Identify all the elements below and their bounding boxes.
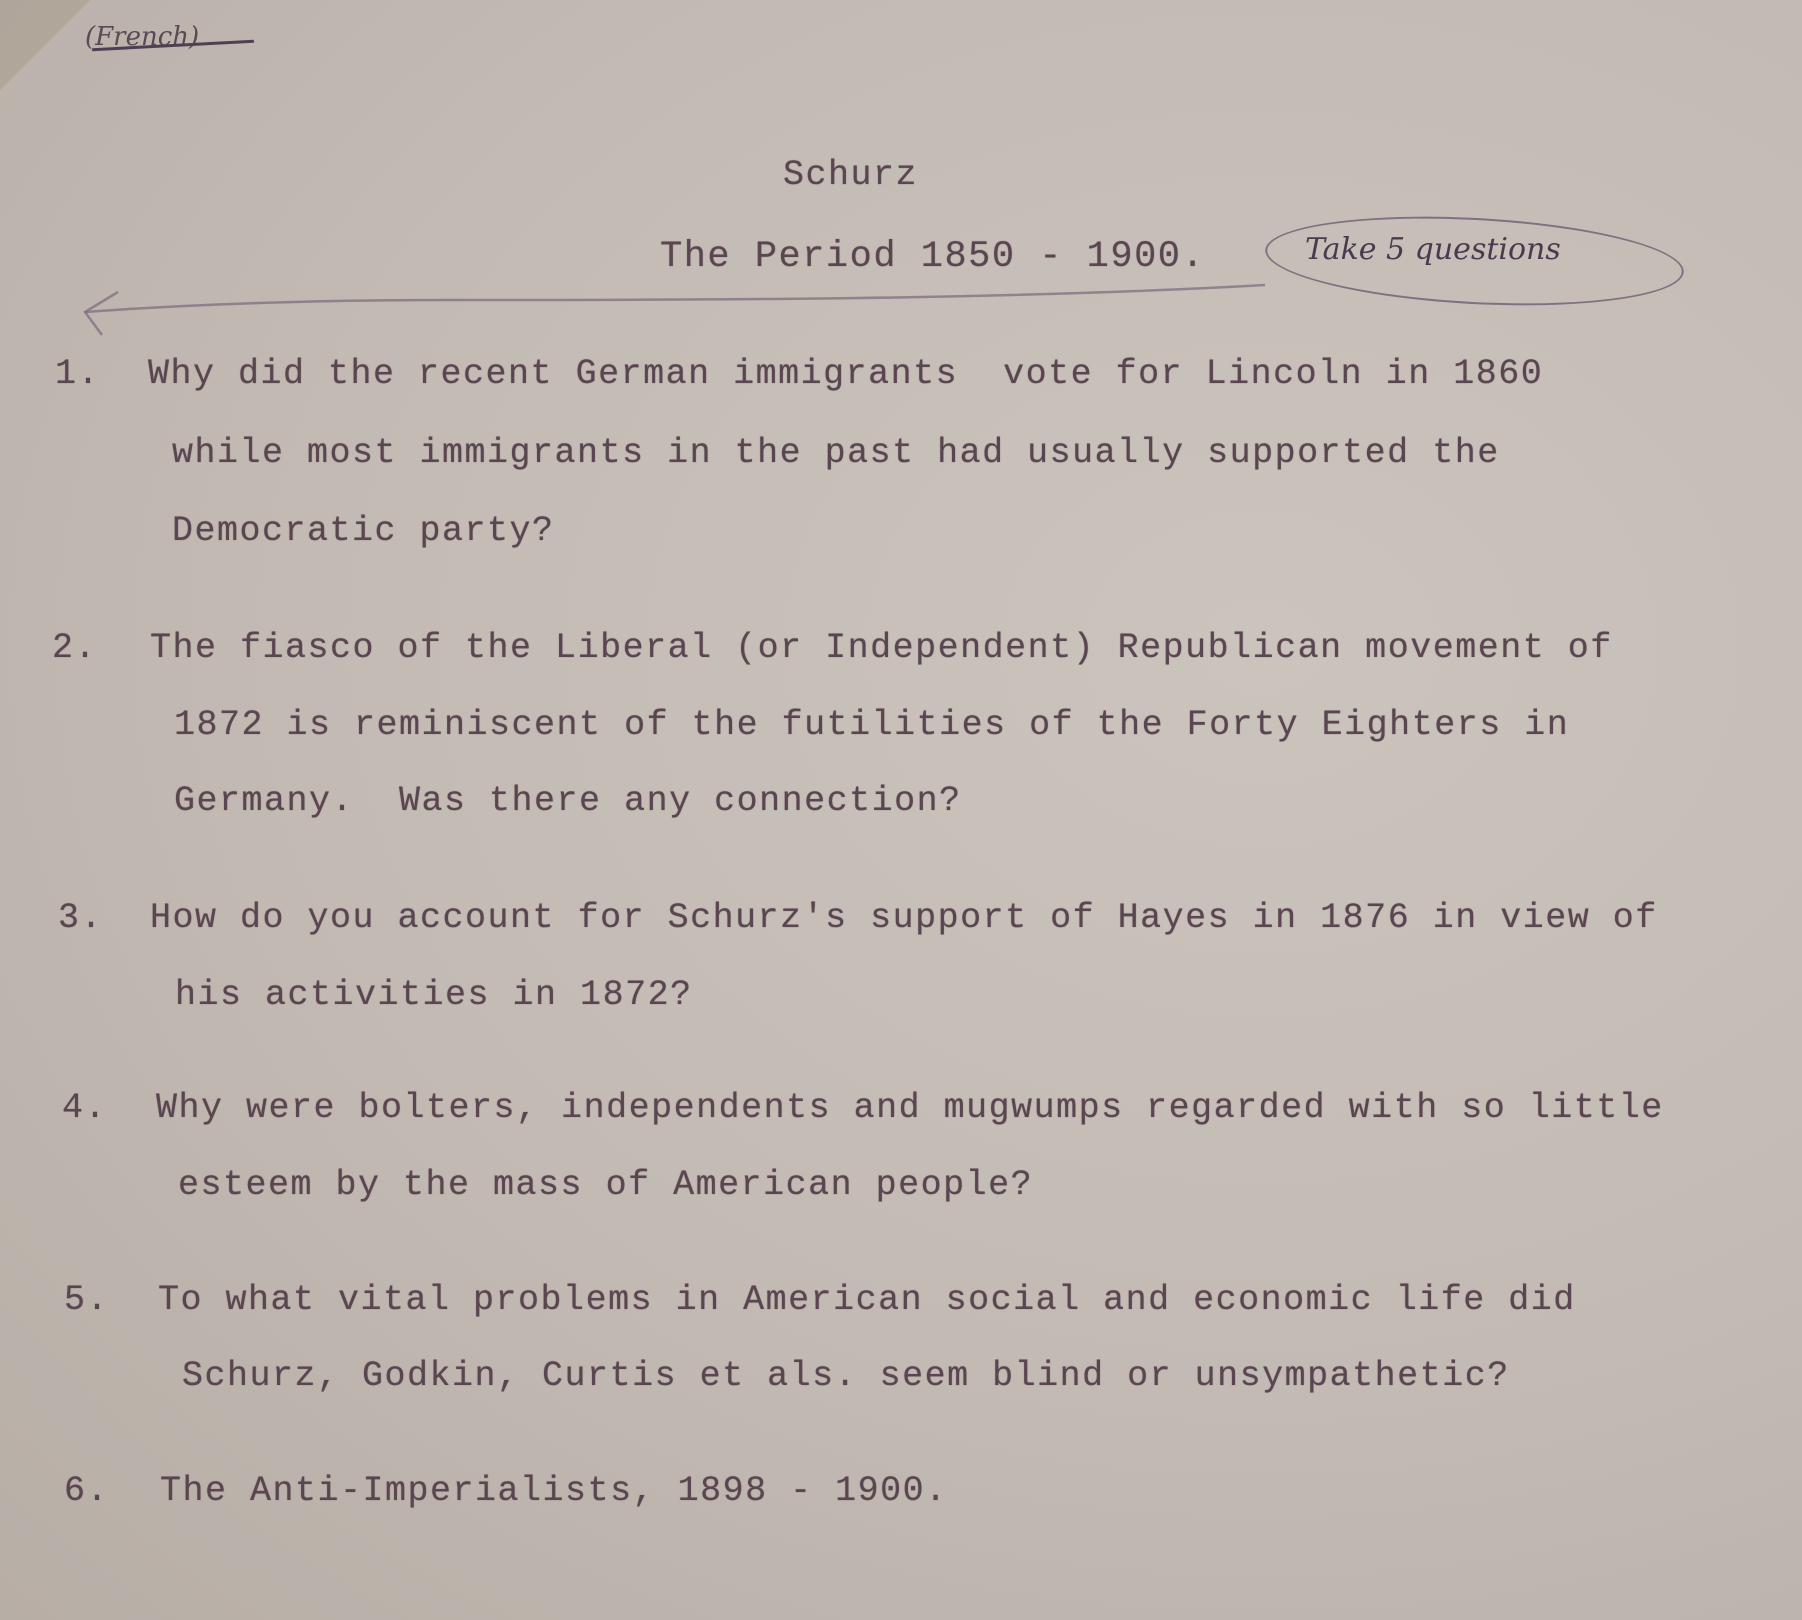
handwritten-arrow-icon [0, 0, 1802, 400]
question-5-line-2: Schurz, Godkin, Curtis et als. seem blin… [182, 1356, 1510, 1396]
question-number: 4. [62, 1088, 107, 1128]
question-1-line-2: while most immigrants in the past had us… [172, 433, 1500, 473]
question-3-line-2: his activities in 1872? [175, 975, 693, 1015]
question-number: 6. [64, 1471, 109, 1511]
question-6-line-1: The Anti-Imperialists, 1898 - 1900. [160, 1471, 948, 1511]
question-number: 2. [52, 628, 97, 668]
question-4-line-1: Why were bolters, independents and mugwu… [156, 1088, 1664, 1128]
question-number: 3. [58, 898, 103, 938]
question-2-line-2: 1872 is reminiscent of the futilities of… [174, 705, 1569, 745]
question-number: 5. [64, 1280, 109, 1320]
question-3-line-1: How do you account for Schurz's support … [150, 898, 1658, 938]
question-1-line-3: Democratic party? [172, 511, 555, 551]
question-1-line-1: Why did the recent German immigrants vot… [148, 354, 1543, 394]
question-4-line-2: esteem by the mass of American people? [178, 1165, 1033, 1205]
question-2-line-1: The fiasco of the Liberal (or Independen… [150, 628, 1613, 668]
question-5-line-1: To what vital problems in American socia… [158, 1280, 1576, 1320]
question-2-line-3: Germany. Was there any connection? [174, 781, 962, 821]
question-number: 1. [55, 354, 100, 394]
